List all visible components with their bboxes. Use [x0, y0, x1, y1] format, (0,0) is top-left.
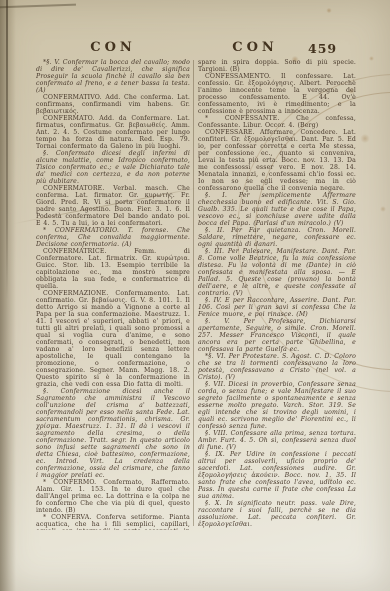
- binding-gutter-shadow: [0, 0, 16, 591]
- entry-paragraph: §. IX. Per Udire in confessione i peccat…: [198, 451, 356, 500]
- column-divider: [193, 60, 194, 526]
- running-title-left: CON: [36, 40, 190, 55]
- entry-paragraph: * CONFERMO. Confermato, Raffermato. Alam…: [36, 479, 190, 514]
- entry-paragraph: §. III. Per Palesare, Manifestare. Dant.…: [198, 248, 356, 297]
- page-header: CON CON 459: [0, 40, 390, 56]
- entry-paragraph: §. VIII. Confessare alla prima, senza to…: [198, 430, 356, 451]
- entry-paragraph: §. Confermazione dicesi anche il Sagrame…: [36, 388, 190, 479]
- text-column-right: spare in spira doppia. Sono di più speci…: [198, 59, 356, 530]
- text-column-left: *§. V. Confermar la bocca del cavallo; m…: [36, 59, 190, 530]
- entry-paragraph: §. I. Per semplicemente Affermare checch…: [198, 192, 356, 227]
- entry-paragraph: CONFESSARE. Affermare, Concedere. Lat. c…: [198, 129, 356, 192]
- fox-spot: [360, 134, 370, 143]
- entry-paragraph: * CONFERVA. Conferva setiforme. Pianta a…: [36, 514, 190, 530]
- fox-spot: [369, 56, 374, 61]
- entry-paragraph: §. II. Per Far quietanza. Cron. Morell. …: [198, 227, 356, 248]
- entry-paragraph: §. V. Per Professare, Dichiararsi aperta…: [198, 318, 356, 353]
- entry-paragraph: CONFERMATIVO. Add. Che conferma. Lat. co…: [36, 94, 190, 115]
- entry-paragraph: * CONFERMATORIO. T. forense. Che conferm…: [36, 227, 190, 248]
- entry-paragraph: *§. V. Confermar la bocca del cavallo; m…: [36, 59, 190, 94]
- entry-paragraph: CONFERMAZIONE. Confermamento. Lat. confi…: [36, 290, 190, 388]
- fox-spot: [326, 8, 332, 13]
- entry-paragraph: §. IV. E per Raccontare, Asserire. Dant.…: [198, 297, 356, 318]
- entry-paragraph: §. VII. Dicesi in proverbio, Confessare …: [198, 381, 356, 430]
- entry-paragraph: CONFESSAMENTO. Il confessare. Lat. confe…: [198, 73, 356, 115]
- entry-paragraph: *§. VI. Per Protestare. S. Agost. C. D. …: [198, 353, 356, 381]
- entry-paragraph: §. Confermato dicesi degli infermi di al…: [36, 150, 190, 185]
- entry-paragraph: spare in spira doppia. Sono di più speci…: [198, 59, 356, 73]
- entry-paragraph: CONFERMATO. Add. da Confermare. Lat. fir…: [36, 115, 190, 150]
- page-number: 459: [308, 41, 337, 56]
- fox-spot: [380, 206, 386, 212]
- entry-paragraph: CONFERMATRICE. Femm. di Confermatore. La…: [36, 248, 190, 290]
- entry-paragraph: CONFERMATORE. Verbal. masch. Che conferm…: [36, 185, 190, 227]
- entry-paragraph: §. X. In significato neutr. pass. vale D…: [198, 500, 356, 528]
- book-page: CON CON 459 *§. V. Confermar la bocca de…: [0, 0, 390, 591]
- running-title-right: CON: [198, 40, 312, 55]
- entry-paragraph: * CONFESSANTE. Che confessa, Confessante…: [198, 115, 356, 129]
